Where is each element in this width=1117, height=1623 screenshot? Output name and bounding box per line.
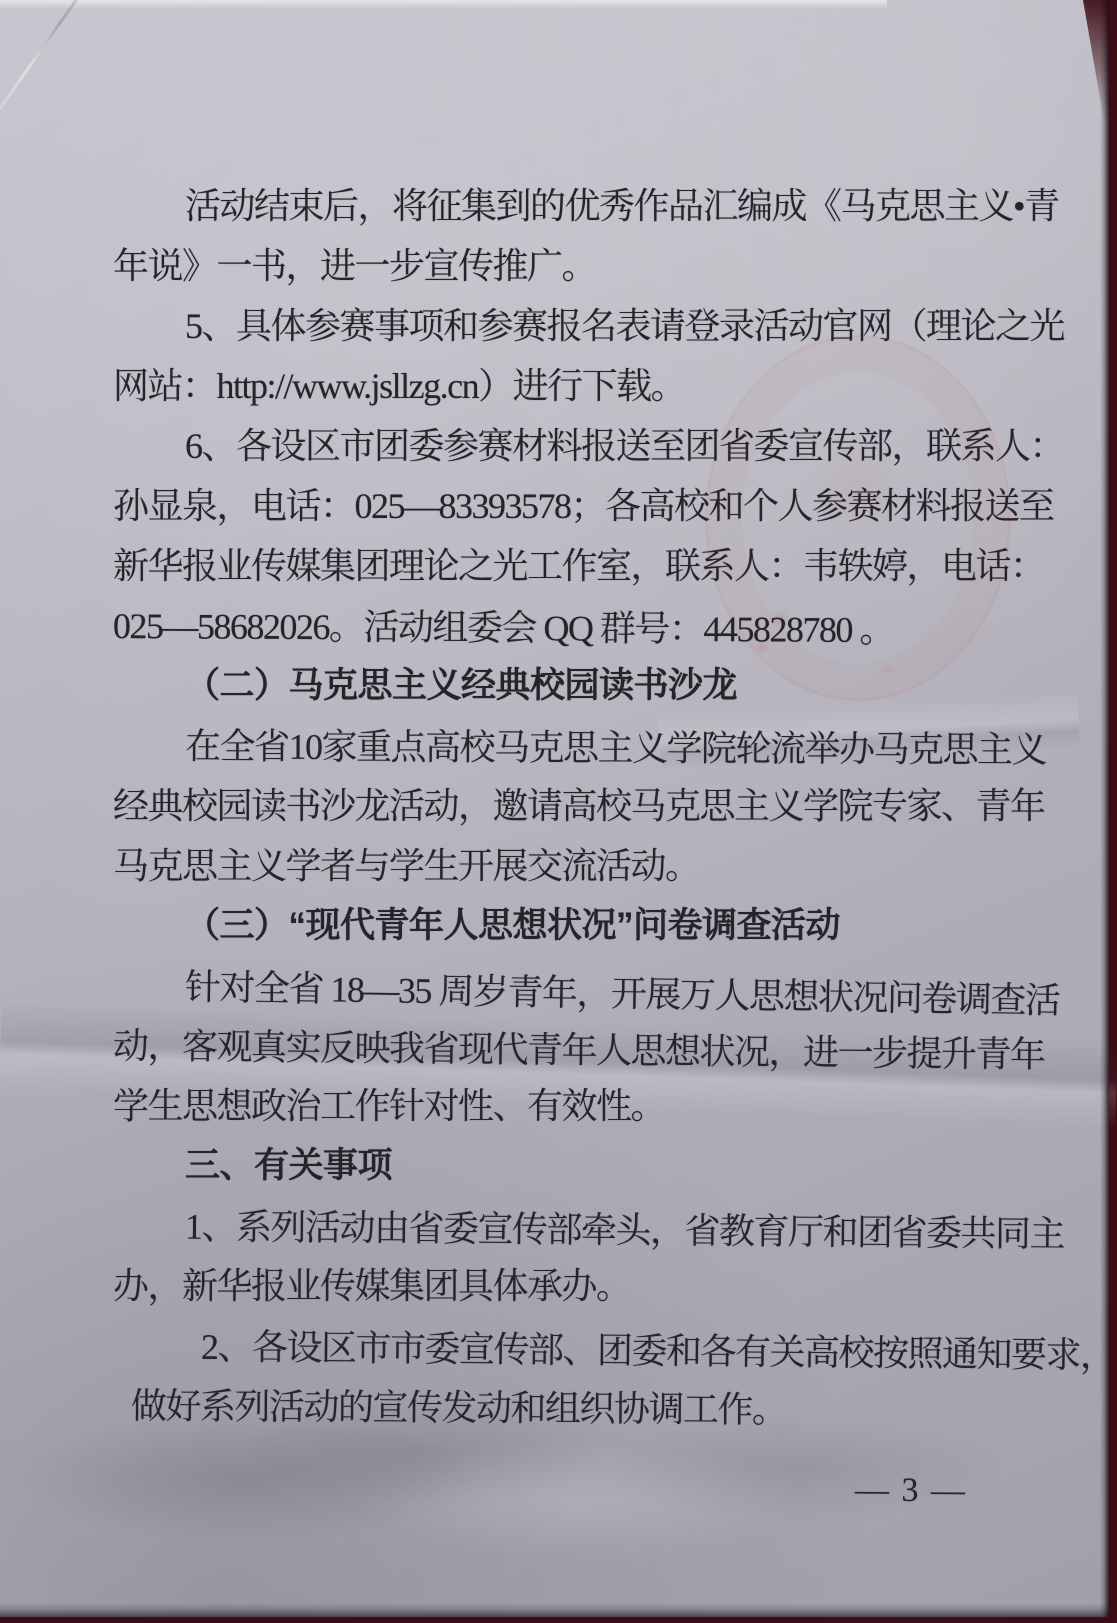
body-line: 5、具体参赛事项和参赛报名表请登录活动官网（理论之光 — [113, 296, 1019, 356]
section-heading: 三、有关事项 — [113, 1136, 1019, 1196]
body-line: 孙显泉，电话：025—83393578；各高校和个人参赛材料报送至 — [113, 476, 1019, 536]
body-line: 活动结束后，将征集到的优秀作品汇编成《马克思主义•青 — [113, 176, 1019, 236]
body-line: 在全省10家重点高校马克思主义学院轮流举办马克思主义 — [113, 716, 1019, 780]
body-line: 025—58682026。活动组委会 QQ 群号：445828780 。 — [113, 596, 1019, 661]
document-body: 活动结束后，将征集到的优秀作品汇编成《马克思主义•青 年说》一书，进一步宣传推广… — [113, 176, 1019, 1436]
body-line: 年说》一书，进一步宣传推广。 — [113, 236, 1019, 296]
body-line: 做好系列活动的宣传发动和组织协调工作。 — [113, 1376, 1019, 1442]
body-line: 办，新华报业传媒集团具体承办。 — [113, 1256, 1019, 1316]
paper-crease — [0, 0, 120, 152]
section-heading: （二）马克思主义经典校园读书沙龙 — [113, 656, 1019, 716]
body-line: 学生思想政治工作针对性、有效性。 — [113, 1076, 1019, 1136]
body-line: 网站：http://www.jsllzg.cn）进行下载。 — [113, 356, 1019, 416]
body-line: 2、各设区市市委宣传部、团委和各有关高校按照通知要求， — [113, 1316, 1020, 1385]
document-page: 活动结束后，将征集到的优秀作品汇编成《马克思主义•青 年说》一书，进一步宣传推广… — [0, 0, 1109, 1617]
photographed-document: 活动结束后，将征集到的优秀作品汇编成《马克思主义•青 年说》一书，进一步宣传推广… — [0, 0, 1117, 1623]
section-heading: （三）“现代青年人思想状况”问卷调查活动 — [113, 896, 1019, 956]
paper-top-highlight — [0, 0, 887, 9]
body-line: 新华报业传媒集团理论之光工作室，联系人：韦轶婷，电话： — [113, 536, 1019, 596]
body-line: 经典校园读书沙龙活动，邀请高校马克思主义学院专家、青年 — [113, 776, 1019, 836]
body-line: 动，客观真实反映我省现代青年人思想状况，进一步提升青年 — [113, 1016, 1020, 1085]
body-line: 马克思主义学者与学生开展交流活动。 — [113, 836, 1019, 896]
page-number: — 3 — — [855, 1472, 967, 1511]
paper-right-edge-shadow — [1100, 0, 1109, 1617]
body-line: 6、各设区市团委参赛材料报送至团省委宣传部，联系人： — [113, 416, 1019, 476]
paper-bottom-edge-shadow — [0, 1603, 1109, 1617]
body-line: 1、系列活动由省委宣传部牵头，省教育厅和团省委共同主 — [113, 1196, 1019, 1264]
